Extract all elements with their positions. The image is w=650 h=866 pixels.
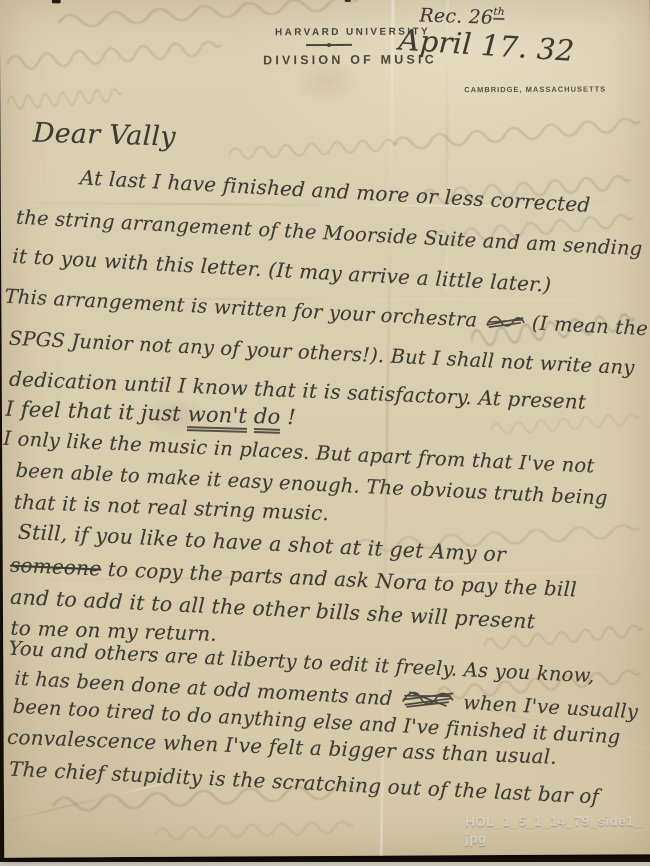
watermark-filename: HOL_1_5_1_14_79_side1_ jpg xyxy=(465,812,642,847)
scribbled-out-word-icon xyxy=(398,685,457,712)
letterhead-divider xyxy=(306,44,352,46)
letterhead-location: CAMBRIDGE, MASSACHUSETTS xyxy=(464,85,606,95)
watermark-line1: HOL_1_5_1_14_79_side1_ xyxy=(465,812,642,830)
bleedthrough-writing xyxy=(6,36,222,74)
letter-line: that it is not real string music. xyxy=(13,490,329,526)
scanner-bed-strip xyxy=(0,862,650,866)
letterhead-divider-dot xyxy=(327,43,331,47)
salutation: Dear Vally xyxy=(32,118,176,153)
received-ordinal: th xyxy=(493,6,505,20)
scribbled-out-word-icon xyxy=(483,311,526,333)
underlined-word: do xyxy=(253,404,280,434)
letter-line-text: I feel that it just xyxy=(5,397,188,426)
watermark-line2: jpg xyxy=(465,829,642,847)
letter-paper: HARVARD UNIVERSITY DIVISION OF MUSIC CAM… xyxy=(0,0,650,858)
underlined-word: won't xyxy=(187,402,247,433)
edge-mark xyxy=(52,0,61,3)
bleedthrough-writing xyxy=(154,817,355,843)
bleedthrough-writing xyxy=(490,409,641,438)
letter-line: I feel that it just won't do ! xyxy=(5,397,296,430)
letter-line: At last I have finished and more or less… xyxy=(79,165,591,217)
bleedthrough-writing xyxy=(392,113,641,154)
letter-line-text: This arrangement is written for your orc… xyxy=(4,285,484,332)
bleedthrough-writing xyxy=(6,84,122,113)
struck-through-word: someone xyxy=(10,553,102,581)
letter-line-text: ! xyxy=(280,405,296,429)
bleedthrough-writing xyxy=(229,135,400,163)
